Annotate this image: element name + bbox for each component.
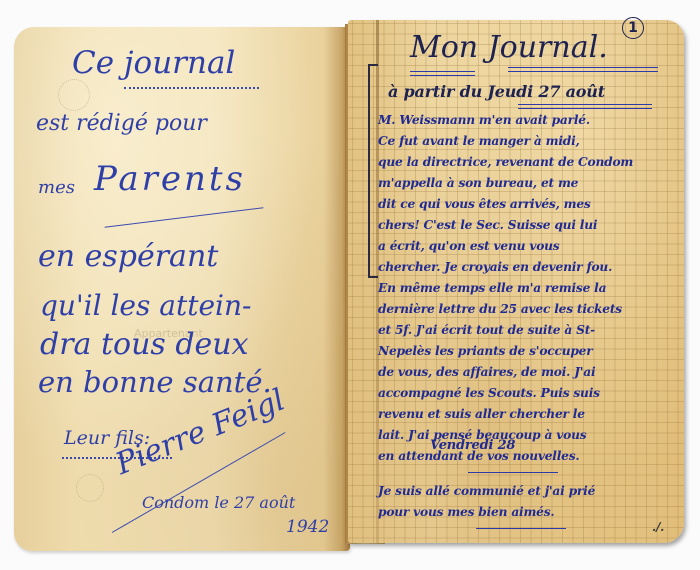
title-underline xyxy=(508,67,658,72)
entry-line: dit ce qui vous êtes arrivés, mes xyxy=(378,197,591,211)
entry-line: M. Weissmann m'en avait parlé. xyxy=(378,113,590,127)
dedication-line: Parents xyxy=(94,159,246,199)
underline xyxy=(105,207,264,227)
corner-mark: ./. xyxy=(652,520,664,534)
dedication-line: mes xyxy=(38,177,75,198)
entry-line: et 5f. J'ai écrit tout de suite à St- xyxy=(378,323,595,337)
dedication-line: Ce journal xyxy=(72,45,235,81)
entry-line: a écrit, qu'on est venu vous xyxy=(378,239,559,253)
entry-line: pour vous mes bien aimés. xyxy=(378,505,554,519)
margin-bracket xyxy=(368,64,378,278)
entry-line: dernière lettre du 25 avec les tickets xyxy=(378,302,622,316)
entry-line: m'appella à son bureau, et me xyxy=(378,176,578,190)
dedication-line: qu'il les attein- xyxy=(40,289,251,322)
entry-2-heading: Vendredi 28 xyxy=(430,438,515,453)
title-underline xyxy=(410,71,475,76)
year: 1942 xyxy=(286,517,329,537)
left-page: Appartenant Ce journal est rédigé pour m… xyxy=(14,27,350,551)
stamp-mark xyxy=(58,79,90,111)
dedication-line: est rédigé pour xyxy=(36,111,207,136)
stamp-mark xyxy=(76,474,104,502)
subtitle: à partir du Jeudi 27 août xyxy=(388,82,605,101)
right-page: Mon Journal. à partir du Jeudi 27 août M… xyxy=(348,20,684,543)
separator-line xyxy=(468,472,558,473)
entry-line: En même temps elle m'a remise la xyxy=(378,281,606,295)
entry-line: Nepelès les priants de s'occuper xyxy=(378,344,592,358)
journal-title: Mon Journal. xyxy=(410,30,608,65)
entry-line: chers! C'est le Sec. Suisse qui lui xyxy=(378,218,597,232)
underline xyxy=(124,87,259,89)
separator-line xyxy=(476,528,566,529)
entry-line: que la directrice, revenant de Condom xyxy=(378,155,633,169)
entry-line: chercher. Je croyais en devenir fou. xyxy=(378,260,612,274)
page-number-circle: 1 xyxy=(622,17,644,39)
entry-line: revenu et suis aller chercher le xyxy=(378,407,585,421)
place-date: Condom le 27 août xyxy=(142,493,295,512)
entry-line: Ce fut avant le manger à midi, xyxy=(378,134,580,148)
dedication-line: dra tous deux xyxy=(40,327,249,362)
dedication-line: en espérant xyxy=(38,239,218,274)
entry-line: Je suis allé communié et j'ai prié xyxy=(378,484,595,498)
dedication-line: en bonne santé. xyxy=(38,365,272,399)
date-underline xyxy=(518,104,652,109)
entry-line: de vous, des affaires, de moi. J'ai xyxy=(378,365,595,379)
entry-line: accompagné les Scouts. Puis suis xyxy=(378,386,600,400)
